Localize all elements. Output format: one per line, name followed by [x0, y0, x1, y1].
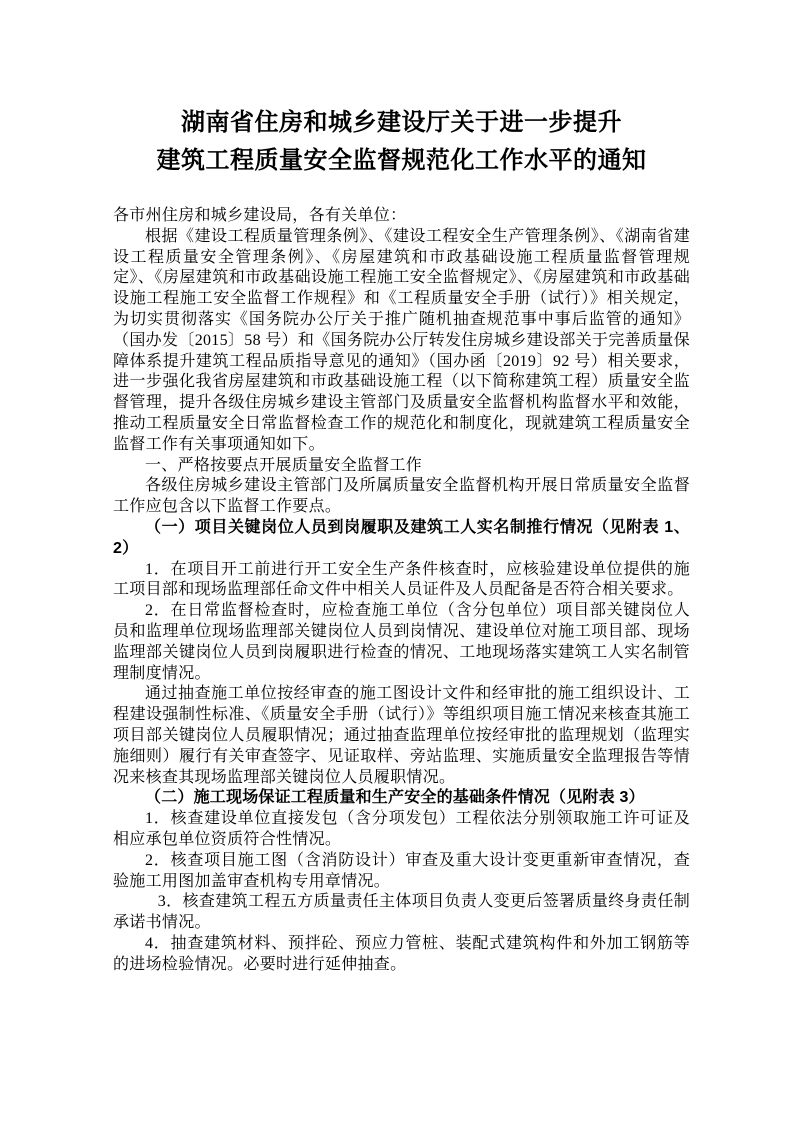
section-1-heading: 一、严格按要点开展质量安全监督工作: [113, 456, 690, 477]
document-body: 各市州住房和城乡建设局，各有关单位： 根据《建设工程质量管理条例》、《建设工程安…: [113, 206, 690, 975]
section-1-intro: 各级住房城乡建设主管部门及所属质量安全监督机构开展日常质量安全监督工作应包含以下…: [113, 476, 690, 518]
subsection-1-1-item-2: 2．在日常监督检查时，应检查施工单位（含分包单位）项目部关键岗位人员和监理单位现…: [113, 601, 690, 684]
document-title-line-2: 建筑工程质量安全监督规范化工作水平的通知: [113, 142, 690, 180]
document-content: 湖南省住房和城乡建设厅关于进一步提升 建筑工程质量安全监督规范化工作水平的通知 …: [113, 104, 690, 975]
document-page: 湖南省住房和城乡建设厅关于进一步提升 建筑工程质量安全监督规范化工作水平的通知 …: [0, 0, 793, 1122]
document-title-line-1: 湖南省住房和城乡建设厅关于进一步提升: [113, 104, 690, 142]
salutation-line: 各市州住房和城乡建设局，各有关单位：: [113, 206, 690, 227]
paragraph-legal-basis: 根据《建设工程质量管理条例》、《建设工程安全生产管理条例》、《湖南省建设工程质量…: [113, 227, 690, 456]
subsection-1-2-item-2: 2．核查项目施工图（含消防设计）审查及重大设计变更重新审查情况，查验施工用图加盖…: [113, 851, 690, 893]
subsection-1-2-heading: （二）施工现场保证工程质量和生产安全的基础条件情况（见附表 3）: [113, 788, 690, 809]
subsection-1-1-paragraph: 通过抽查施工单位按经审查的施工图设计文件和经审批的施工组织设计、工程建设强制性标…: [113, 684, 690, 788]
subsection-1-1-item-1: 1．在项目开工前进行开工安全生产条件核查时，应核验建设单位提供的施工项目部和现场…: [113, 560, 690, 602]
subsection-1-2-item-1: 1．核查建设单位直接发包（含分项发包）工程依法分别领取施工许可证及相应承包单位资…: [113, 809, 690, 851]
subsection-1-2-item-4: 4．抽查建筑材料、预拌砼、预应力管桩、装配式建筑构件和外加工钢筋等的进场检验情况…: [113, 934, 690, 976]
subsection-1-2-item-3: 3．核查建筑工程五方质量责任主体项目负责人变更后签署质量终身责任制承诺书情况。: [113, 892, 690, 934]
subsection-1-1-heading: （一）项目关键岗位人员到岗履职及建筑工人实名制推行情况（见附表 1、2）: [113, 518, 690, 560]
document-title: 湖南省住房和城乡建设厅关于进一步提升 建筑工程质量安全监督规范化工作水平的通知: [113, 104, 690, 180]
